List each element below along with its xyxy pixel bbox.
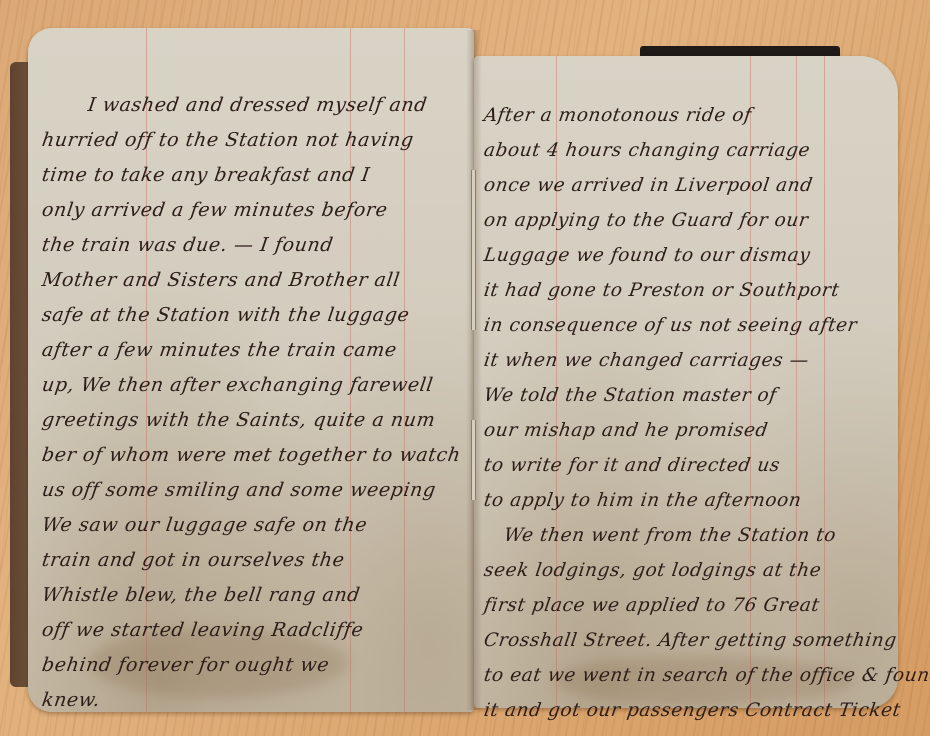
handwritten-line: We then went from the Station to bbox=[482, 518, 930, 553]
handwritten-line: greetings with the Saints, quite a num bbox=[40, 403, 464, 438]
handwritten-line: time to take any breakfast and I bbox=[40, 158, 464, 193]
handwritten-line: it and got our passengers Contract Ticke… bbox=[482, 693, 930, 728]
handwritten-line: train and got in ourselves the bbox=[40, 543, 464, 578]
handwritten-line: it when we changed carriages — bbox=[482, 343, 930, 378]
left-page: I washed and dressed myself and hurried … bbox=[28, 28, 474, 712]
handwritten-line: ber of whom were met together to watch bbox=[40, 438, 464, 473]
handwritten-line: in consequence of us not seeing after bbox=[482, 308, 930, 343]
handwritten-line: up, We then after exchanging farewell bbox=[40, 368, 464, 403]
right-page-text: After a monotonous ride of about 4 hours… bbox=[484, 98, 930, 728]
handwritten-line: us off some smiling and some weeping bbox=[40, 473, 464, 508]
handwritten-line: behind forever for ought we bbox=[40, 648, 464, 683]
handwritten-line: once we arrived in Liverpool and bbox=[482, 168, 930, 203]
handwritten-line: to apply to him in the afternoon bbox=[482, 483, 930, 518]
handwritten-line: Mother and Sisters and Brother all bbox=[40, 263, 464, 298]
right-page: After a monotonous ride of about 4 hours… bbox=[474, 56, 898, 708]
handwritten-line: We saw our luggage safe on the bbox=[40, 508, 464, 543]
handwritten-line: the train was due. — I found bbox=[40, 228, 464, 263]
handwritten-line: knew. bbox=[40, 683, 464, 718]
handwritten-line: only arrived a few minutes before bbox=[40, 193, 464, 228]
handwritten-line: I washed and dressed myself and bbox=[40, 88, 464, 123]
handwritten-line: Luggage we found to our dismay bbox=[482, 238, 930, 273]
handwritten-line: to write for it and directed us bbox=[482, 448, 930, 483]
handwritten-line: about 4 hours changing carriage bbox=[482, 133, 930, 168]
handwritten-line: it had gone to Preston or Southport bbox=[482, 273, 930, 308]
handwritten-line: after a few minutes the train came bbox=[40, 333, 464, 368]
handwritten-line: Crosshall Street. After getting somethin… bbox=[482, 623, 930, 658]
left-page-text: I washed and dressed myself and hurried … bbox=[42, 88, 461, 718]
handwritten-line: hurried off to the Station not having bbox=[40, 123, 464, 158]
handwritten-line: Whistle blew, the bell rang and bbox=[40, 578, 464, 613]
binding-thread bbox=[471, 420, 476, 500]
handwritten-line: to eat we went in search of the office &… bbox=[482, 658, 930, 693]
handwritten-line: seek lodgings, got lodgings at the bbox=[482, 553, 930, 588]
binding-thread bbox=[471, 170, 476, 330]
handwritten-line: first place we applied to 76 Great bbox=[482, 588, 930, 623]
handwritten-line: off we started leaving Radcliffe bbox=[40, 613, 464, 648]
handwritten-line: We told the Station master of bbox=[482, 378, 930, 413]
handwritten-line: safe at the Station with the luggage bbox=[40, 298, 464, 333]
handwritten-line: our mishap and he promised bbox=[482, 413, 930, 448]
handwritten-line: on applying to the Guard for our bbox=[482, 203, 930, 238]
book-gutter bbox=[466, 30, 482, 710]
handwritten-line: After a monotonous ride of bbox=[482, 98, 930, 133]
